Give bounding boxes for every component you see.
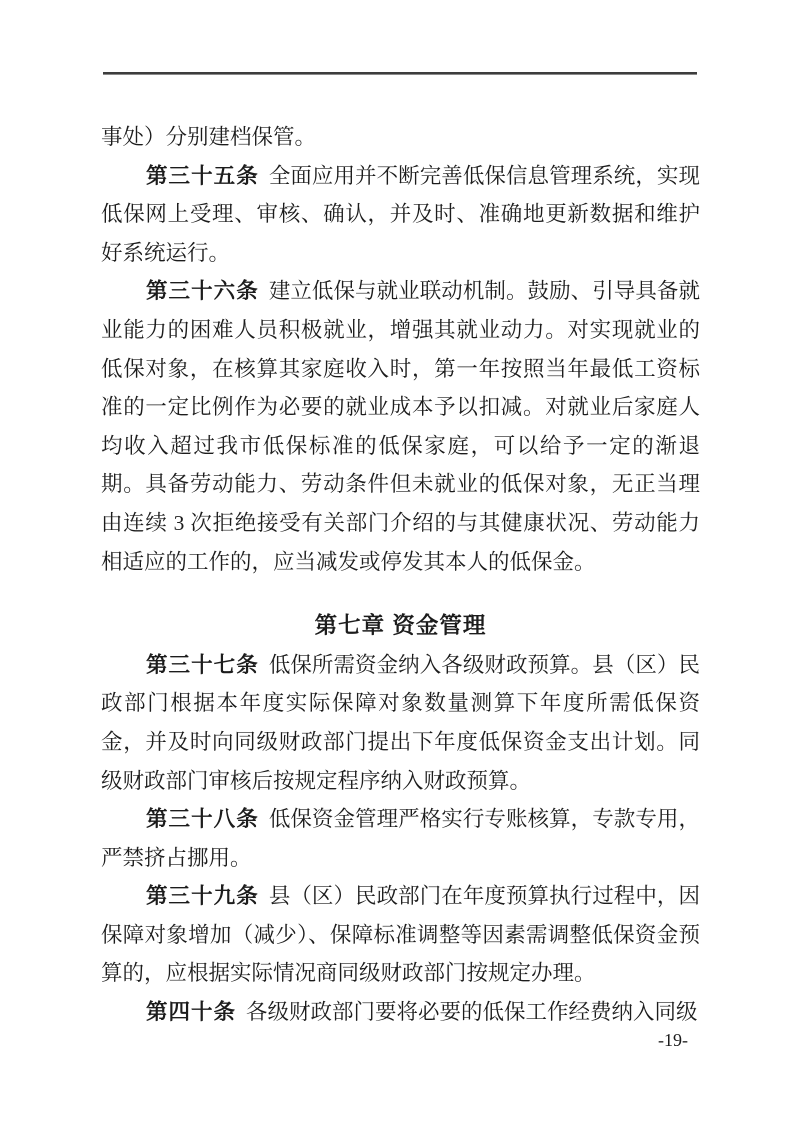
article-text: 建立低保与就业联动机制。鼓励、引导具备就业能力的困难人员积极就业，增强其就业动力… <box>101 279 700 573</box>
chapter-heading: 第七章 资金管理 <box>101 607 700 646</box>
article-number-label: 第三十七条 <box>146 653 259 677</box>
document-page: 事处）分别建档保管。 第三十五条全面应用并不断完善低保信息管理系统，实现低保网上… <box>0 0 793 1122</box>
paragraph-article-37: 第三十七条低保所需资金纳入各级财政预算。县（区）民政部门根据本年度实际保障对象数… <box>101 646 700 800</box>
header-rule <box>103 72 697 75</box>
paragraph-continuation: 事处）分别建档保管。 <box>101 118 700 157</box>
article-number-label: 第四十条 <box>146 1000 236 1024</box>
paragraph-article-39: 第三十九条县（区）民政部门在年度预算执行过程中，因保障对象增加（减少）、保障标准… <box>101 877 700 993</box>
document-body: 事处）分别建档保管。 第三十五条全面应用并不断完善低保信息管理系统，实现低保网上… <box>101 118 700 1032</box>
paragraph-article-35: 第三十五条全面应用并不断完善低保信息管理系统，实现低保网上受理、审核、确认，并及… <box>101 157 700 273</box>
article-number-label: 第三十六条 <box>146 279 259 303</box>
paragraph-article-40: 第四十条各级财政部门要将必要的低保工作经费纳入同级 <box>101 993 700 1032</box>
paragraph-article-38: 第三十八条低保资金管理严格实行专账核算，专款专用，严禁挤占挪用。 <box>101 800 700 877</box>
article-number-label: 第三十八条 <box>146 807 259 831</box>
article-text: 各级财政部门要将必要的低保工作经费纳入同级 <box>246 1000 698 1024</box>
article-number-label: 第三十五条 <box>146 164 259 188</box>
paragraph-article-36: 第三十六条建立低保与就业联动机制。鼓励、引导具备就业能力的困难人员积极就业，增强… <box>101 272 700 581</box>
page-number: -19- <box>628 1029 718 1051</box>
article-number-label: 第三十九条 <box>146 884 259 908</box>
